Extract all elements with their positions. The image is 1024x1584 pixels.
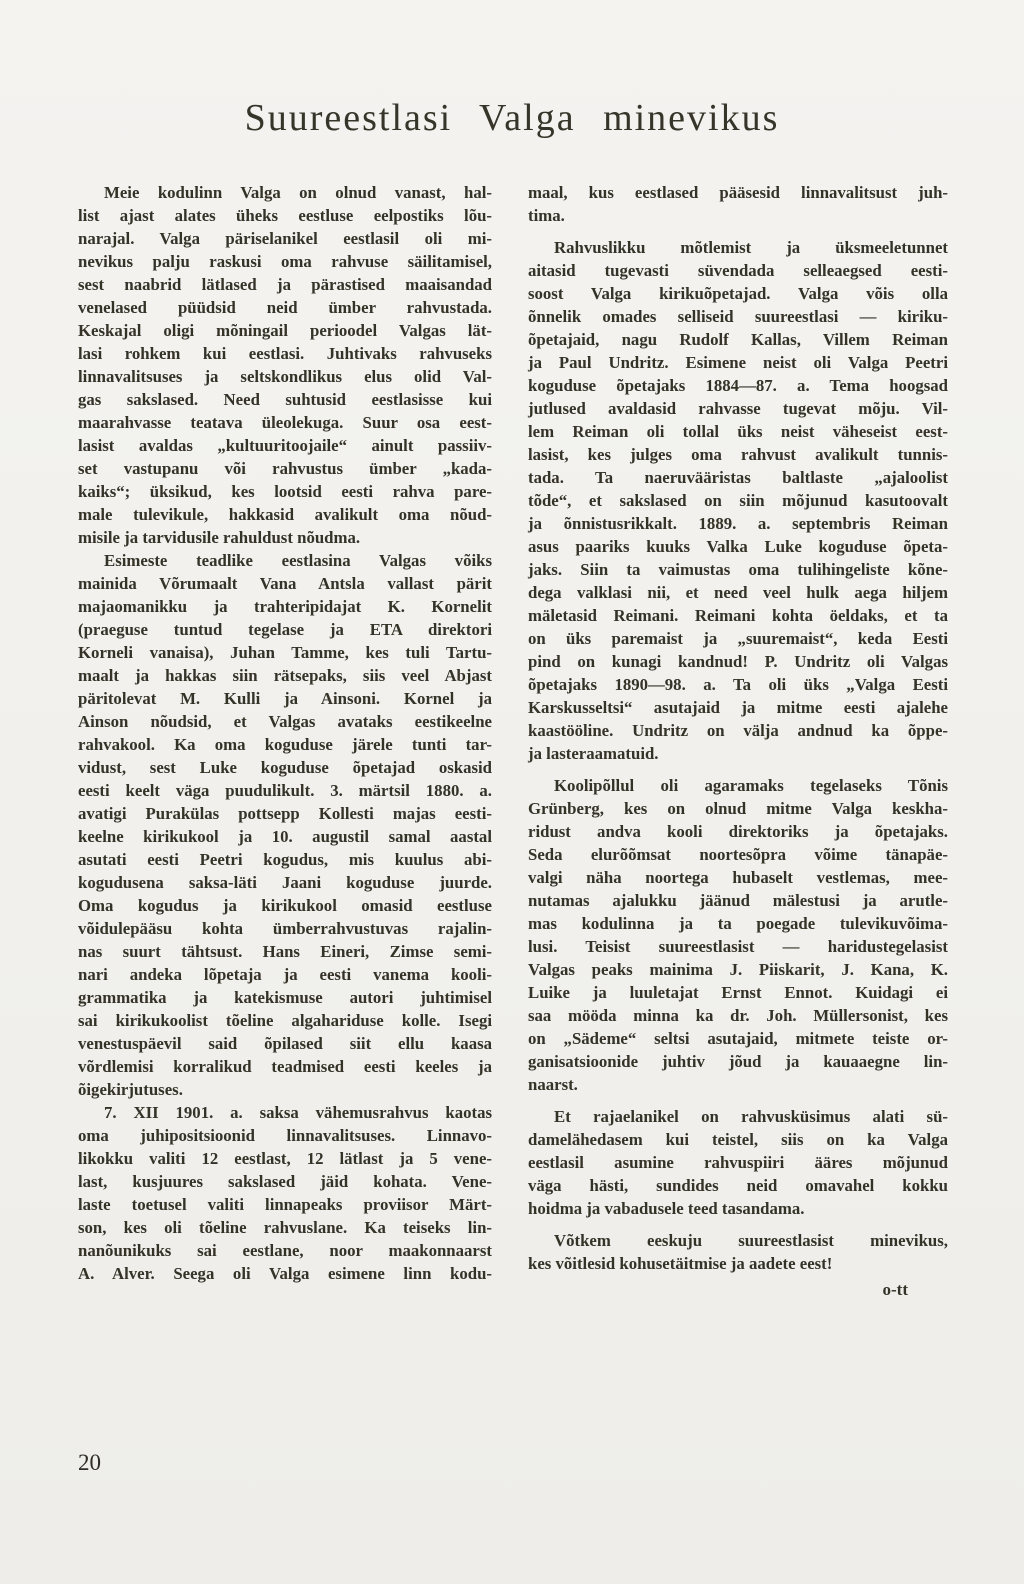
text-line: aitasid tugevasti süvendada selleaegsed … [528, 259, 948, 282]
text-line: mainida Võrumaalt Vana Antsla vallast pä… [78, 572, 492, 595]
text-line: tada. Ta naeruvääristas baltlaste „ajalo… [528, 466, 948, 489]
paragraph: Et rajaelanikel on rahvusküsimus alati s… [528, 1105, 948, 1220]
text-line: võidulepääsu kohta ümberrahvustuvas raja… [78, 917, 492, 940]
text-line: avatigi Purakülas pottsepp Kollesti maja… [78, 802, 492, 825]
text-line: set vastupanu või rahvustus ümber „kada- [78, 457, 492, 480]
text-line: asutati eesti Peetri kogudus, mis kuulus… [78, 848, 492, 871]
text-line: A. Alver. Seega oli Valga esimene linn k… [78, 1262, 492, 1285]
text-line: tima. [528, 204, 948, 227]
text-line: on üks paremaist ja „suuremaist“, keda E… [528, 627, 948, 650]
text-line: nari andeka lõpetaja ja eesti vanema koo… [78, 963, 492, 986]
text-line: päritolevat M. Kulli ja Ainsoni. Kornel … [78, 687, 492, 710]
text-line: nanõunikuks sai eestlane, noor maakonnaa… [78, 1239, 492, 1262]
text-line: naarst. [528, 1073, 948, 1096]
text-line: son, kes oli tõeline rahvuslane. Ka teis… [78, 1216, 492, 1239]
paragraph: 7. XII 1901. a. saksa vähemusrahvus kaot… [78, 1101, 492, 1285]
paragraph: Esimeste teadlike eestlasina Valgas võik… [78, 549, 492, 1101]
text-line: lasi rohkem kui eestlasi. Juhtivaks rahv… [78, 342, 492, 365]
text-line: maalt ja hakkas siin rätsepaks, siis vee… [78, 664, 492, 687]
text-line: Koolipõllul oli agaramaks tegelaseks Tõn… [528, 774, 948, 797]
text-line: likokku valiti 12 eestlast, 12 lätlast j… [78, 1147, 492, 1170]
author-signature: o-tt [528, 1278, 948, 1301]
text-line: mäletasid Reimani. Reimani kohta öeldaks… [528, 604, 948, 627]
paragraph: maal, kus eestlased pääsesid linnavalits… [528, 181, 948, 227]
text-line: ganisatsioonide juhtiv jõud ja kauaaegne… [528, 1050, 948, 1073]
text-line: õpetajaid, nagu Rudolf Kallas, Villem Re… [528, 328, 948, 351]
text-line: venelased püüdsid neid ümber rahvustada. [78, 296, 492, 319]
text-line: Et rajaelanikel on rahvusküsimus alati s… [528, 1105, 948, 1128]
text-line: õnnelik omades selliseid suureestlasi — … [528, 305, 948, 328]
text-line: Võtkem eeskuju suureestlasist minevikus, [528, 1229, 948, 1252]
text-line: õpetajaks 1890—98. a. Ta oli üks „Valga … [528, 673, 948, 696]
text-line: Keskajal oligi mõningail perioodel Valga… [78, 319, 492, 342]
text-line: väga hästi, sundides neid omavahel kokku [528, 1174, 948, 1197]
text-line: gas sakslased. Need suhtusid eestlasisse… [78, 388, 492, 411]
text-line: lusi. Teisist suureestlasist — hariduste… [528, 935, 948, 958]
text-line: Valgas peaks mainima J. Piiskarit, J. Ka… [528, 958, 948, 981]
text-line: misile ja tarvidusile rahuldust nõudma. [78, 526, 492, 549]
text-line: Meie kodulinn Valga on olnud vanast, hal… [78, 181, 492, 204]
text-line: Rahvuslikku mõtlemist ja üksmeeletunnet [528, 236, 948, 259]
text-line: Karskusseltsi“ asutajaid ja mitme eesti … [528, 696, 948, 719]
text-line: list ajast alates üheks eestluse eelpost… [78, 204, 492, 227]
text-line: Seda elurõõmsat noortesõpra võime tänapä… [528, 843, 948, 866]
text-line: soost Valga kirikuõpetajad. Valga võis o… [528, 282, 948, 305]
text-line: Korneli vanaisa), Juhan Tamme, kes tuli … [78, 641, 492, 664]
text-line: 7. XII 1901. a. saksa vähemusrahvus kaot… [78, 1101, 492, 1124]
text-line: lasist avaldas „kultuuritoojaile“ ainult… [78, 434, 492, 457]
article-body: Meie kodulinn Valga on olnud vanast, hal… [78, 181, 948, 1301]
left-column: Meie kodulinn Valga on olnud vanast, hal… [78, 181, 492, 1301]
text-line: saa mööda minna ka dr. Joh. Müllersonist… [528, 1004, 948, 1027]
text-line: jaks. Siin ta vaimustas oma tulihingelis… [528, 558, 948, 581]
text-line: on „Sädeme“ seltsi asutajaid, mitmete te… [528, 1027, 948, 1050]
text-line: pind on kunagi kandnud! P. Undritz oli V… [528, 650, 948, 673]
text-line: last, kusjuures sakslased jäid kohata. V… [78, 1170, 492, 1193]
text-line: Luike ja luuletajat Ernst Ennot. Kuidagi… [528, 981, 948, 1004]
text-line: dega valklasi nii, et need veel hulk aeg… [528, 581, 948, 604]
text-line: kogudusena saksa-läti Jaani koguduse juu… [78, 871, 492, 894]
text-line: grammatika ja katekismuse autori juhtimi… [78, 986, 492, 1009]
text-line: koguduse õpetajaks 1884—87. a. Tema hoog… [528, 374, 948, 397]
text-line: asus paariks kuuks Valka Luke koguduse õ… [528, 535, 948, 558]
text-line: ridust andva kooli direktoriks ja õpetaj… [528, 820, 948, 843]
paragraph: Võtkem eeskuju suureestlasist minevikus,… [528, 1229, 948, 1275]
paragraph: Koolipõllul oli agaramaks tegelaseks Tõn… [528, 774, 948, 1096]
text-line: Ainson nõudsid, et Valgas avataks eestik… [78, 710, 492, 733]
text-line: sai kirikukoolist tõeline algahariduse k… [78, 1009, 492, 1032]
text-line: nevikus palju raskusi oma rahvuse säilit… [78, 250, 492, 273]
text-line: jutlused avaldasid rahvasse tugevat mõju… [528, 397, 948, 420]
text-line: Oma kogudus ja kirikukool omasid eestlus… [78, 894, 492, 917]
page-number: 20 [78, 1450, 101, 1476]
text-line: laste toetusel valiti linnapeaks proviis… [78, 1193, 492, 1216]
text-line: male tulevikule, hakkasid avalikult oma … [78, 503, 492, 526]
text-line: sest naabrid lätlased ja pärastised maai… [78, 273, 492, 296]
text-line: nas suurt tähtsust. Hans Eineri, Zimse s… [78, 940, 492, 963]
text-line: eesti keelt väga puudulikult. 3. märtsil… [78, 779, 492, 802]
text-line: oma juhipositsioonid linnavalitsuses. Li… [78, 1124, 492, 1147]
text-line: hoidma ja vabadusele teed tasandama. [528, 1197, 948, 1220]
text-line: valgi näha noortega hubaselt vestlemas, … [528, 866, 948, 889]
text-line: mas kodulinna ja ta poegade tulevikuvõim… [528, 912, 948, 935]
paragraph: Rahvuslikku mõtlemist ja üksmeeletunneta… [528, 236, 948, 765]
paragraph: Meie kodulinn Valga on olnud vanast, hal… [78, 181, 492, 549]
text-line: ja õnnistusrikkalt. 1889. a. septembris … [528, 512, 948, 535]
text-line: õigekirjutuses. [78, 1078, 492, 1101]
text-line: ja lasteraamatuid. [528, 742, 948, 765]
text-line: venestuspäevil said õpilased siit ellu k… [78, 1032, 492, 1055]
text-line: damelähedasem kui teistel, siis on ka Va… [528, 1128, 948, 1151]
right-column: maal, kus eestlased pääsesid linnavalits… [528, 181, 948, 1301]
text-line: narajal. Valga päriselanikel eestlasil o… [78, 227, 492, 250]
text-line: maal, kus eestlased pääsesid linnavalits… [528, 181, 948, 204]
text-line: kaiks“; üksikud, kes lootsid eesti rahva… [78, 480, 492, 503]
text-line: tõde“, et sakslased on siin mõjunud kasu… [528, 489, 948, 512]
text-line: Esimeste teadlike eestlasina Valgas võik… [78, 549, 492, 572]
text-line: nutamas ajalukku jäänud mälestusi ja aru… [528, 889, 948, 912]
text-line: kaastööline. Undritz on välja andnud ka … [528, 719, 948, 742]
text-line: linnavalitsuses ja seltskondlikus elus o… [78, 365, 492, 388]
text-line: (praeguse tuntud tegelase ja ETA direkto… [78, 618, 492, 641]
text-line: keelne kirikukool ja 10. augustil samal … [78, 825, 492, 848]
text-line: võrdlemisi korralikud teadmised eesti ke… [78, 1055, 492, 1078]
text-line: eestlasil asumine rahvuspiiri ääres mõju… [528, 1151, 948, 1174]
text-line: majaomanikku ja trahteripidajat K. Korne… [78, 595, 492, 618]
text-line: Grünberg, kes on olnud mitme Valga keskh… [528, 797, 948, 820]
text-line: lem Reiman oli tollal üks neist väheseis… [528, 420, 948, 443]
text-line: lasist, kes julges oma rahvust avalikult… [528, 443, 948, 466]
text-line: vidust, sest Luke koguduse õpetajad oska… [78, 756, 492, 779]
text-line: maarahvasse teatava üleolekuga. Suur osa… [78, 411, 492, 434]
text-line: kes võitlesid kohusetäitmise ja aadete e… [528, 1252, 948, 1275]
text-line: ja Paul Undritz. Esimene neist oli Valga… [528, 351, 948, 374]
text-line: rahvakool. Ka oma koguduse järele tunti … [78, 733, 492, 756]
article-title: Suureestlasi Valga minevikus [0, 96, 1024, 140]
